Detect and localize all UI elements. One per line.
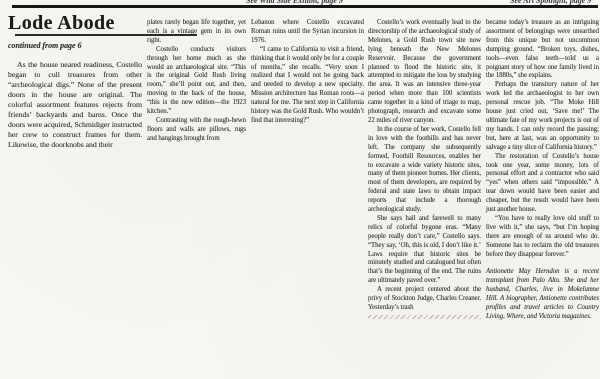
newspaper-page: See Wild Side Exhibit, page 9 See Art Sp… bbox=[0, 0, 600, 379]
article-paragraph: plates rarely began life together, yet e… bbox=[147, 19, 246, 46]
column-2: plates rarely began life together, yet e… bbox=[147, 19, 246, 144]
author-bio-paragraph: Antionette May Herndon is a recent trans… bbox=[486, 268, 599, 321]
article-paragraph: “I came to California to visit a friend,… bbox=[251, 46, 364, 126]
column-1: Lode Abode continued from page 6 As the … bbox=[8, 13, 142, 150]
article-paragraph: She says hail and farewell to many relic… bbox=[368, 215, 481, 286]
article-paragraph: As the house neared readiness, Costello … bbox=[8, 60, 142, 150]
article-paragraph: The restoration of Costello’s house took… bbox=[486, 153, 599, 215]
article-paragraph: Costello conducts visitors through her h… bbox=[147, 46, 246, 117]
article-paragraph: Costello’s work eventually lead to the d… bbox=[368, 19, 481, 126]
column-3: Lebanon where Costello excavated Roman r… bbox=[251, 19, 364, 126]
column-4: Costello’s work eventually lead to the d… bbox=[368, 19, 481, 371]
article-paragraph: Lebanon where Costello excavated Roman r… bbox=[251, 19, 364, 46]
article-paragraph: A recent project centered about the priv… bbox=[368, 286, 481, 313]
page-root: { "header": { "left_note": "See Wild Sid… bbox=[0, 0, 600, 379]
article-paragraph: Contrasting with the rough-hewn floors a… bbox=[147, 117, 246, 144]
article-paragraph: In the course of her work, Costello fell… bbox=[368, 126, 481, 215]
column-5: became today’s treasure as an intriguing… bbox=[486, 19, 599, 371]
article-paragraph: became today’s treasure as an intriguing… bbox=[486, 19, 599, 81]
top-rule bbox=[12, 5, 598, 8]
article-paragraph: Perhaps the transitory nature of her wor… bbox=[486, 81, 599, 152]
article-paragraph: “You have to really love old stuff to li… bbox=[486, 215, 599, 260]
torn-edge bbox=[368, 315, 481, 319]
continued-from-note: continued from page 6 bbox=[8, 41, 142, 51]
article-title: Lode Abode bbox=[8, 13, 142, 34]
